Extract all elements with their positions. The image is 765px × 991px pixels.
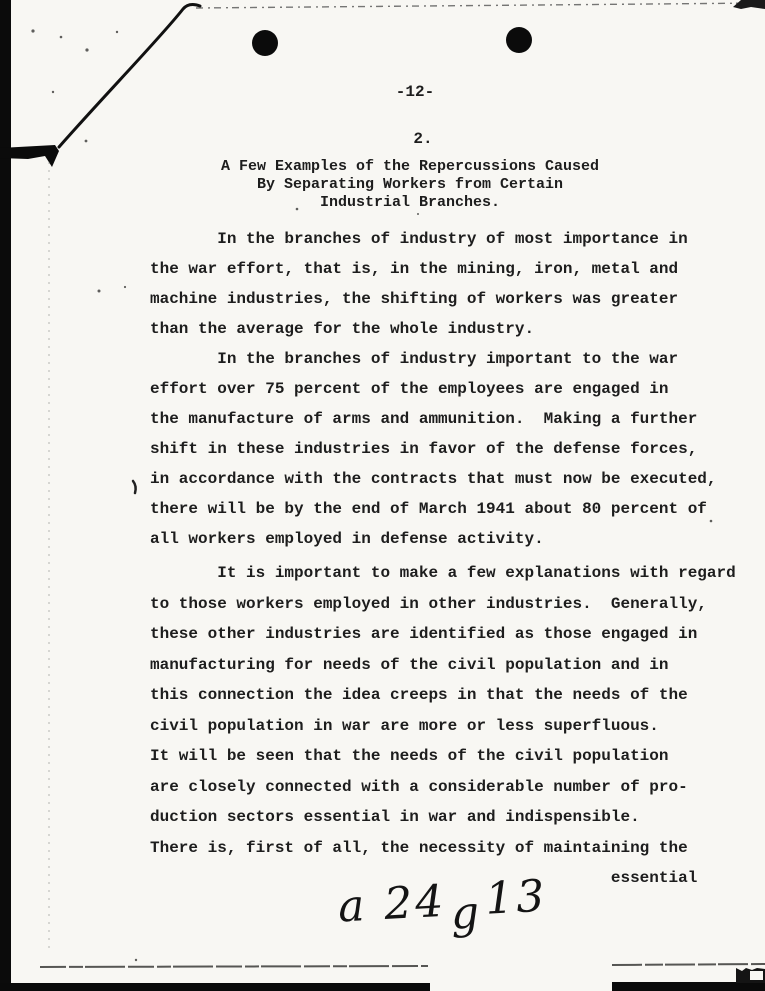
- stray-ink-mark: [133, 481, 136, 493]
- scanned-page: -12- 2. A Few Examples of the Repercussi…: [0, 0, 765, 991]
- paragraph-3: It is important to make a few explanatio…: [150, 558, 736, 894]
- scan-edge-left: [0, 0, 11, 991]
- page-fold-blob: [0, 145, 59, 167]
- bottom-crease-left: [40, 966, 428, 967]
- hole-punch-right: [506, 27, 532, 53]
- annotation-part-2: g: [450, 887, 484, 940]
- paragraph-2: In the branches of industry important to…: [150, 344, 717, 554]
- bottom-right-smudge-gap: [750, 971, 763, 980]
- hole-punch-left: [252, 30, 278, 56]
- handwritten-annotation: a 24g13: [337, 871, 549, 933]
- top-crease-line: [196, 3, 765, 8]
- paragraph-1: In the branches of industry of most impo…: [150, 224, 688, 344]
- annotation-part-1: a 24: [337, 876, 448, 933]
- page-number: -12-: [150, 84, 680, 100]
- bottom-crease-right: [612, 964, 765, 965]
- annotation-part-3: 13: [484, 871, 549, 925]
- section-heading: A Few Examples of the Repercussions Caus…: [150, 158, 670, 212]
- section-number: 2.: [150, 131, 696, 147]
- scan-edge-bottom-right: [612, 982, 765, 991]
- top-right-smudge: [733, 0, 765, 9]
- page-fold-line: [59, 5, 200, 147]
- scan-edge-bottom-left: [0, 983, 430, 991]
- bottom-right-smudge: [736, 968, 765, 983]
